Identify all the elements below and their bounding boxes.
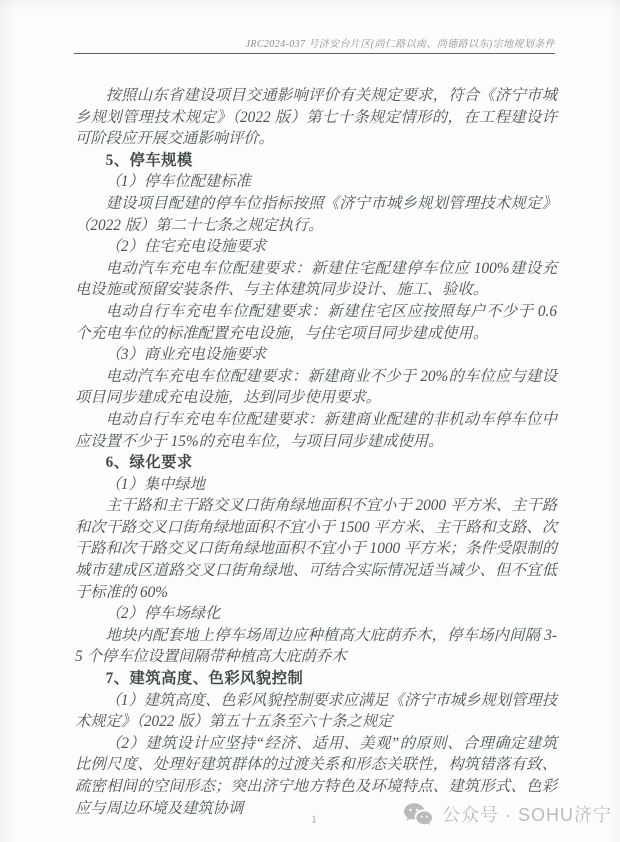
paragraph: 电动自行车充电车位配建要求：新建商业配建的非机动车停车位中应设置不少于 15%的… (75, 409, 557, 452)
paragraph: （1）建筑高度、色彩风貌控制要求应满足《济宁市城乡规划管理技术规定》（2022 … (75, 690, 557, 733)
paragraph: 电动汽车充电车位配建要求：新建商业不少于 20%的车位应与建设项目同步建成充电设… (75, 366, 557, 409)
section-heading: 5、停车规模 (75, 150, 557, 172)
paragraph: 地块内配套地上停车场周边应种植高大庇荫乔木，停车场内间隔 3-5 个停车位设置间… (75, 625, 557, 668)
paragraph: 建设项目配建的停车位指标按照《济宁市城乡规划管理技术规定》（2022 版）第二十… (75, 193, 557, 236)
sub-heading: （1）停车位配建标准 (75, 171, 557, 193)
paragraph: 按照山东省建设项目交通影响评价有关规定要求，符合《济宁市城乡规划管理技术规定》（… (75, 85, 557, 150)
sub-heading: （3）商业充电设施要求 (75, 344, 557, 366)
sub-heading: （2）停车场绿化 (75, 603, 557, 625)
watermark-badge: 公众号 · SOHU济宁 (403, 801, 612, 827)
document-body: 按照山东省建设项目交通影响评价有关规定要求，符合《济宁市城乡规划管理技术规定》（… (75, 85, 557, 819)
paragraph: 电动汽车充电车位配建要求：新建住宅配建停车位应 100%建设充电设施或预留安装条… (75, 258, 557, 301)
watermark-text: 公众号 · SOHU济宁 (442, 801, 612, 827)
section-heading: 7、建筑高度、色彩风貌控制 (75, 668, 557, 690)
document-header-reference: JRC2024-037 号济安台片区(尚仁路以南、尚德路以东)宗地规划条件 (75, 35, 555, 50)
paragraph: 主干路和主干路交叉口街角绿地面积不宜小于 2000 平方米、主干路和次干路交叉口… (75, 495, 557, 603)
header-divider (74, 53, 555, 54)
sub-heading: （2）住宅充电设施要求 (75, 236, 557, 258)
sub-heading: （1）集中绿地 (75, 474, 557, 496)
document-page: JRC2024-037 号济安台片区(尚仁路以南、尚德路以东)宗地规划条件 按照… (0, 0, 620, 842)
paragraph: 电动自行车充电车位配建要求：新建住宅区应按照每户不少于 0.6 个充电车位的标准… (75, 301, 557, 344)
section-heading: 6、绿化要求 (75, 452, 557, 474)
page-number: 1 (311, 812, 317, 827)
wechat-icon (403, 802, 433, 827)
